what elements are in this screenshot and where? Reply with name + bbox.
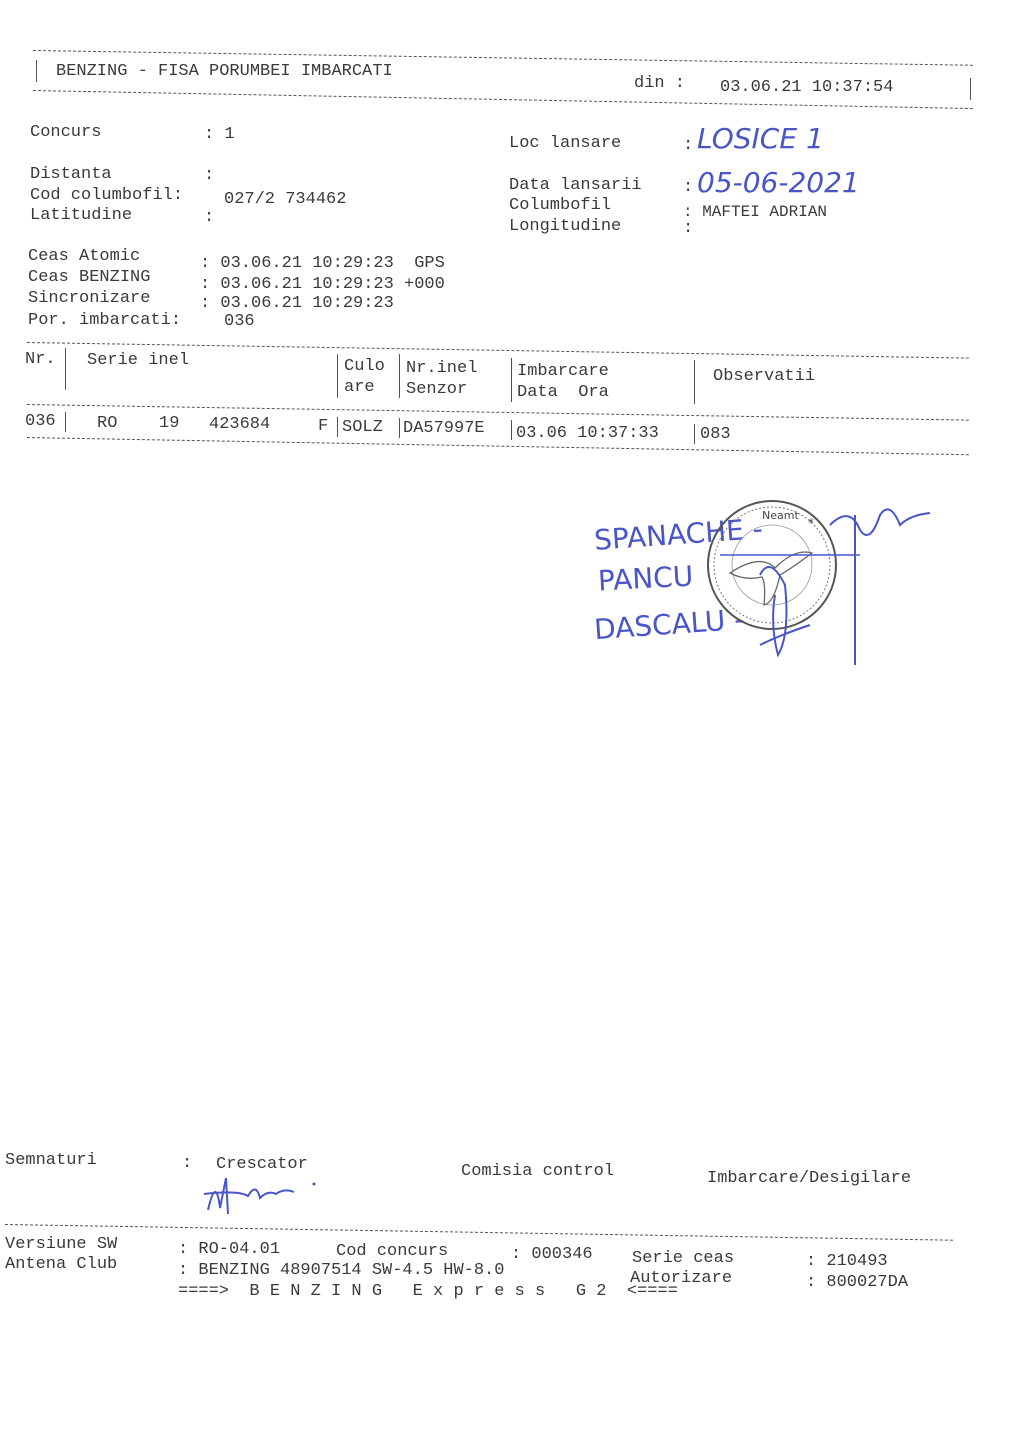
longitudine-label: Longitudine xyxy=(509,217,621,237)
antena-club-value: : BENZING 48907514 SW-4.5 HW-8.0 xyxy=(178,1261,504,1281)
concurs-value: : 1 xyxy=(204,125,235,145)
col-header-serie: Serie inel xyxy=(87,351,189,371)
semnaturi-colon: : xyxy=(182,1154,192,1174)
loc-lansare-label: Loc lansare xyxy=(509,134,621,154)
loc-lansare-handwritten: LOSICE 1 xyxy=(697,122,824,155)
table-col-divider xyxy=(694,360,695,404)
cell-year: 19 xyxy=(159,414,179,434)
crescator-signature xyxy=(198,1170,328,1220)
cell-ring: 423684 xyxy=(209,415,270,435)
table-col-divider xyxy=(511,358,512,402)
data-lansarii-handwritten: 05-06-2021 xyxy=(697,166,860,199)
footer-divider xyxy=(5,1224,953,1241)
por-imbarcati-value: 036 xyxy=(224,312,255,332)
col-header-nr: Nr. xyxy=(25,350,56,370)
cell-sex: F xyxy=(318,417,328,437)
data-lansarii-colon: : xyxy=(683,178,693,198)
ceas-benzing-label: Ceas BENZING xyxy=(28,268,150,288)
cod-concurs-value: : 000346 xyxy=(511,1245,593,1265)
table-col-divider xyxy=(65,348,66,390)
col-header-culoare-2: are xyxy=(344,378,375,398)
table-col-divider xyxy=(399,354,400,398)
cell-observatii: 083 xyxy=(700,425,731,445)
header-right-border xyxy=(970,78,971,100)
cod-concurs-label: Cod concurs xyxy=(336,1242,448,1262)
por-imbarcati-label: Por. imbarcati: xyxy=(28,311,181,331)
sincronizare-value: : 03.06.21 10:29:23 xyxy=(200,294,394,314)
autorizare-value: : 800027DA xyxy=(806,1273,908,1293)
benzing-express-banner: ====> B E N Z I N G E x p r e s s G 2 <=… xyxy=(178,1282,678,1302)
comisia-control-label: Comisia control xyxy=(461,1162,614,1182)
din-label: din : xyxy=(634,74,685,94)
data-lansarii-label: Data lansarii xyxy=(509,176,642,196)
imbarcare-desigilare-label: Imbarcare/Desigilare xyxy=(707,1169,911,1189)
columbofil-label: Columbofil xyxy=(509,196,611,216)
col-header-culoare: Culo xyxy=(344,357,385,377)
table-col-divider xyxy=(399,418,400,438)
distanta-label: Distanta xyxy=(30,165,112,185)
table-col-divider xyxy=(694,424,695,444)
col-header-data-ora: Data Ora xyxy=(517,383,609,403)
concurs-label: Concurs xyxy=(30,123,101,143)
col-header-observatii: Observatii xyxy=(713,367,815,387)
table-col-divider xyxy=(337,354,338,398)
table-col-divider xyxy=(65,412,66,432)
latitudine-value: : xyxy=(204,208,214,228)
sincronizare-label: Sincronizare xyxy=(28,289,150,309)
cod-columbofil-value: 027/2 734462 xyxy=(224,190,346,210)
commission-signatures-scribble xyxy=(700,485,940,675)
handwritten-name-2: PANCU xyxy=(597,560,694,598)
col-header-senzor: Senzor xyxy=(406,380,467,400)
cell-culoare: SOLZ xyxy=(342,418,383,438)
serie-ceas-value: : 210493 xyxy=(806,1252,888,1272)
serie-ceas-label: Serie ceas xyxy=(632,1249,734,1269)
ceas-atomic-label: Ceas Atomic xyxy=(28,247,140,267)
distanta-value: : xyxy=(204,166,214,186)
latitudine-label: Latitudine xyxy=(30,206,132,226)
table-col-divider xyxy=(511,420,512,440)
table-col-divider xyxy=(337,417,338,437)
cell-country: RO xyxy=(97,414,117,434)
semnaturi-label: Semnaturi xyxy=(5,1151,97,1171)
table-bottom-border xyxy=(27,437,969,455)
versiune-sw-value: : RO-04.01 xyxy=(178,1240,280,1260)
cell-nr: 036 xyxy=(25,412,56,432)
din-value: 03.06.21 10:37:54 xyxy=(720,78,893,98)
cod-columbofil-label: Cod columbofil: xyxy=(30,186,183,206)
longitudine-value: : xyxy=(683,219,693,239)
versiune-sw-label: Versiune SW xyxy=(5,1235,117,1255)
columbofil-value: : MAFTEI ADRIAN xyxy=(683,202,827,222)
antena-club-label: Antena Club xyxy=(5,1255,117,1275)
loc-lansare-colon: : xyxy=(683,136,693,156)
cell-imbarcare: 03.06 10:37:33 xyxy=(516,424,659,444)
document-title: BENZING - FISA PORUMBEI IMBARCATI xyxy=(56,62,393,82)
col-header-nr-inel: Nr.inel xyxy=(406,359,477,379)
ceas-benzing-value: : 03.06.21 10:29:23 +000 xyxy=(200,275,445,295)
ceas-atomic-value: : 03.06.21 10:29:23 GPS xyxy=(200,254,445,274)
header-left-border xyxy=(36,60,37,82)
col-header-imbarcare: Imbarcare xyxy=(517,362,609,382)
cell-senzor: DA57997E xyxy=(403,419,485,439)
